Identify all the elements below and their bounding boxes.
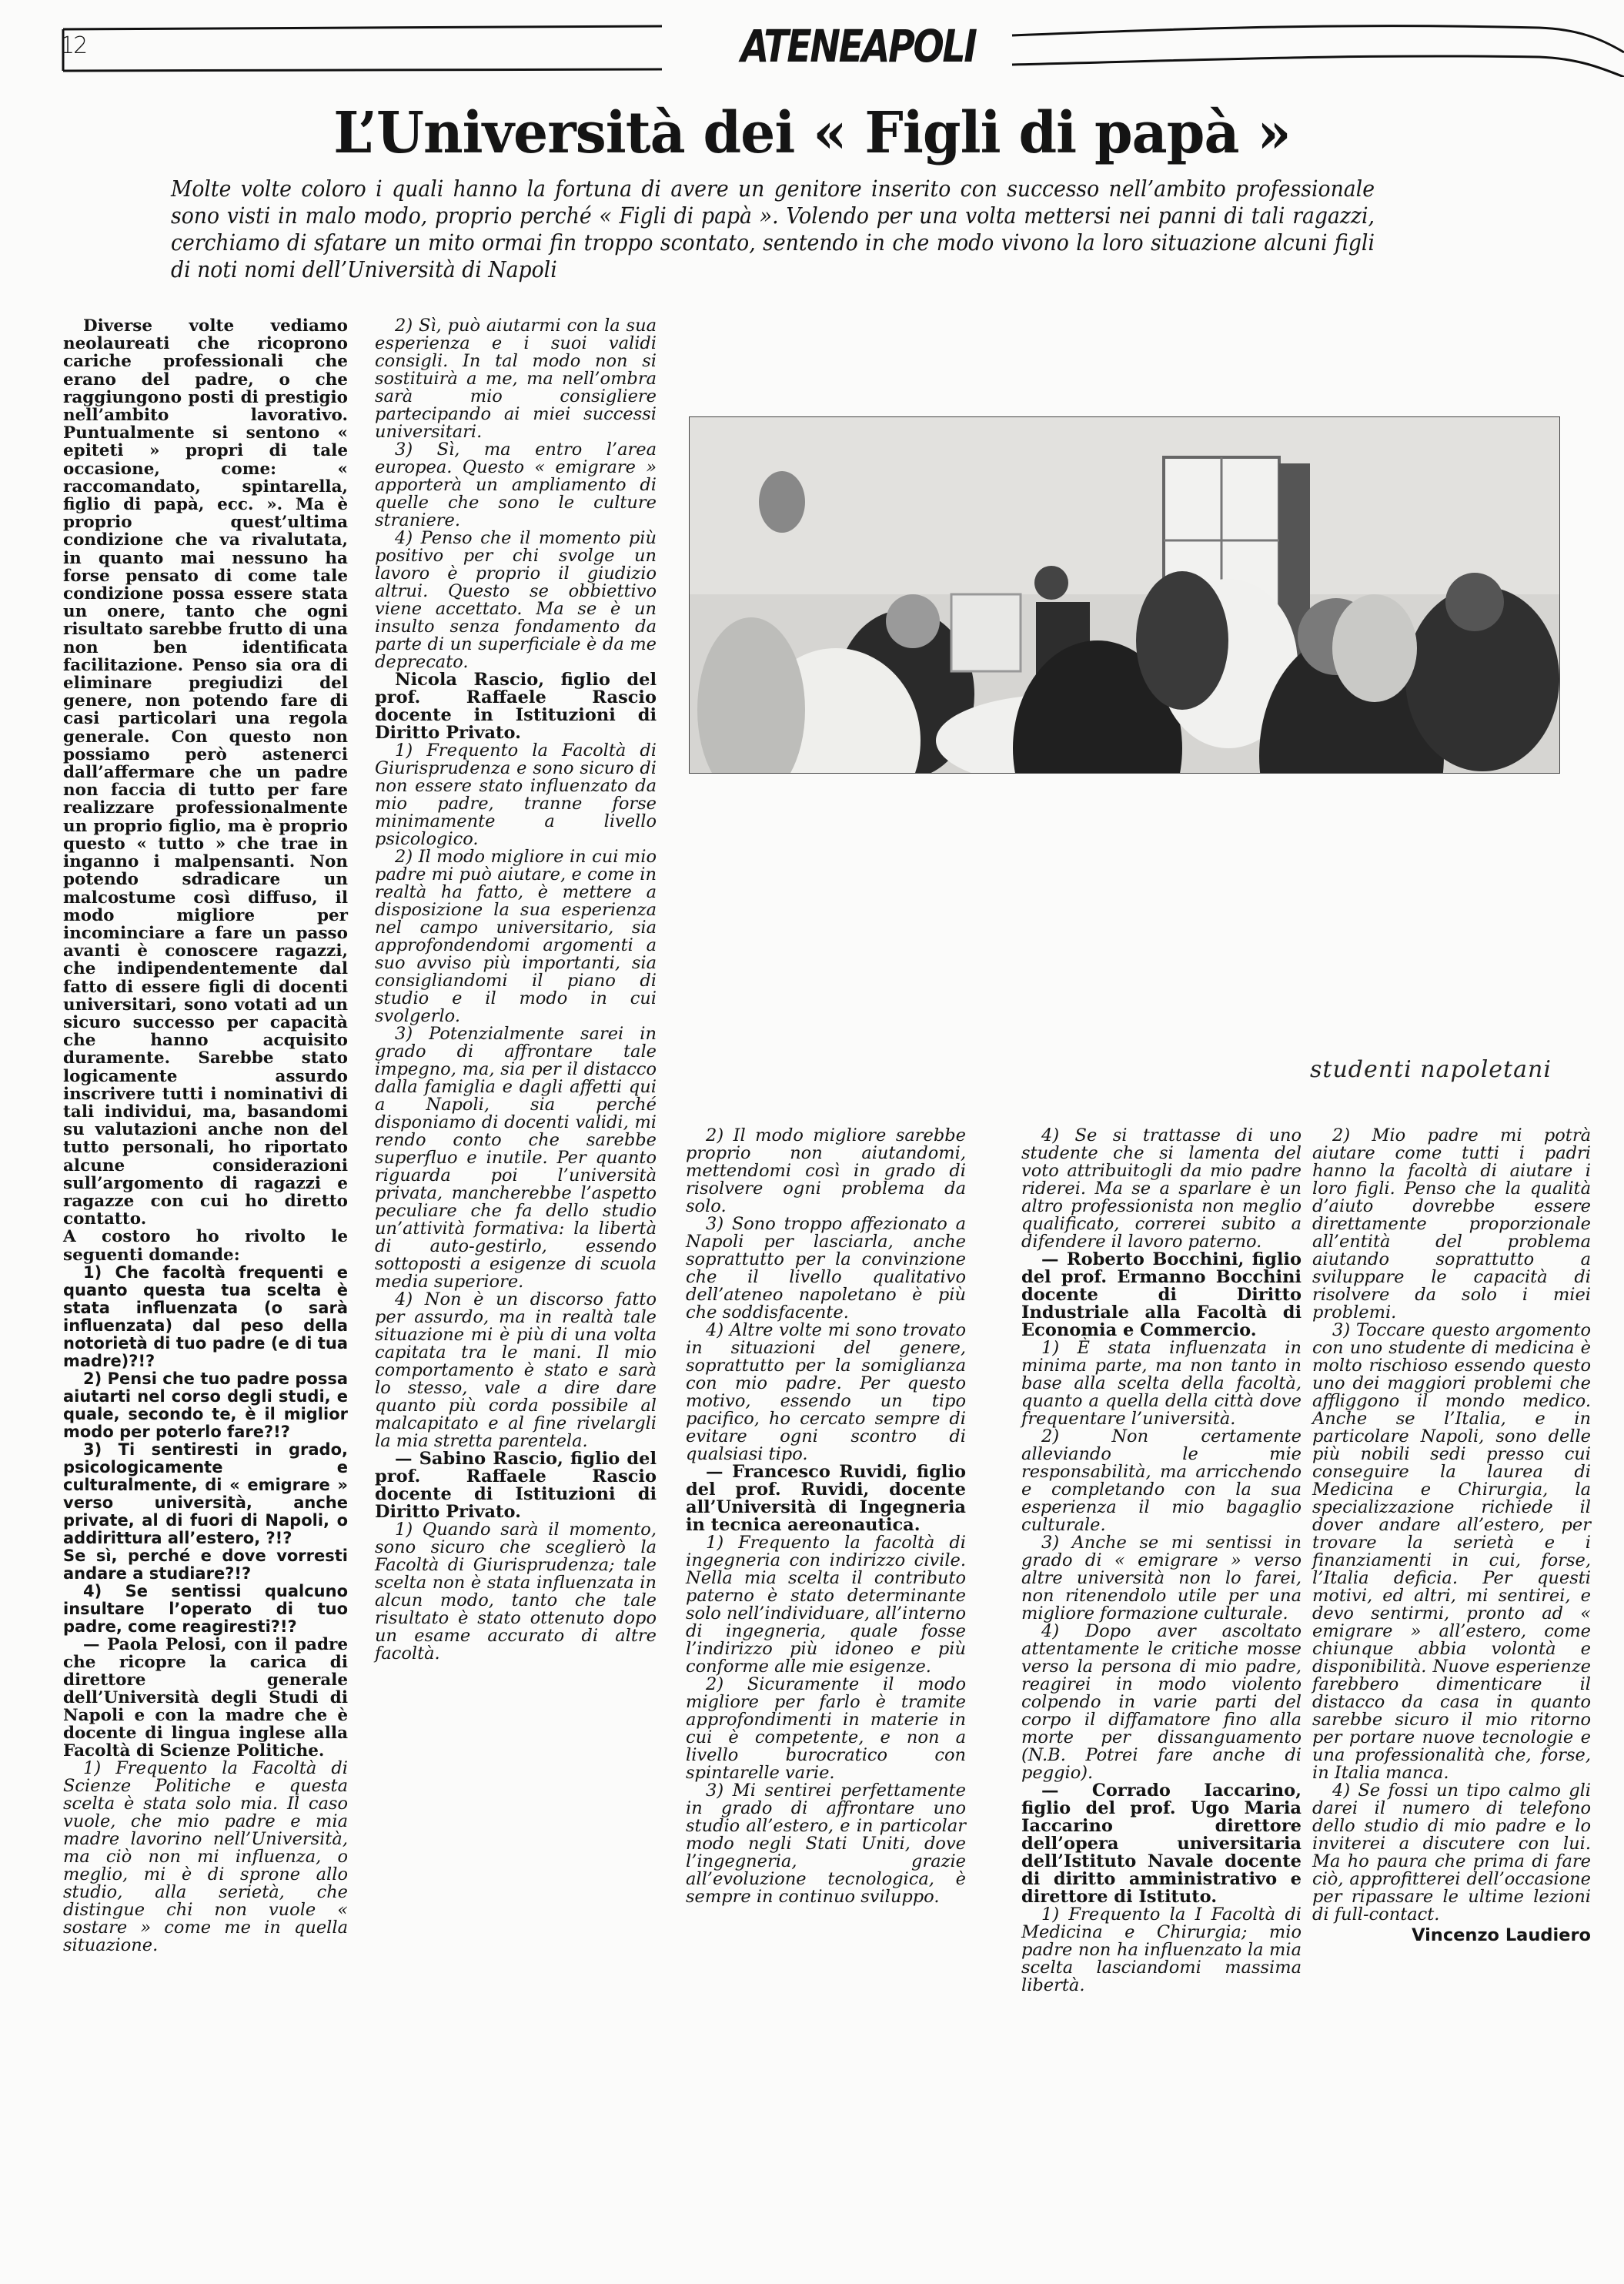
- photo-image: [689, 416, 1560, 774]
- answer: 1) Frequento la facoltà di ingegneria co…: [686, 1534, 966, 1676]
- answer: 1) Frequento la Facoltà di Giurisprudenz…: [375, 742, 657, 848]
- publication-logo: ATENEAPOLI: [726, 20, 991, 72]
- interviewee-intro: — Sabino Rascio, figlio del prof. Raffae…: [375, 1450, 657, 1521]
- question-1: 1) Che facoltà frequenti e quanto questa…: [63, 1264, 348, 1370]
- answer: 3) Potenzialmente sarei in grado di affr…: [375, 1025, 657, 1291]
- answer: 2) Non certamente alleviando le mie resp…: [1021, 1428, 1302, 1534]
- column-1: Diverse volte vediamo neolaureati che ri…: [63, 317, 348, 1955]
- answer: 3) Toccare questo argomento con uno stud…: [1312, 1322, 1591, 1782]
- questions-intro: A costoro ho rivolto le seguenti domande…: [63, 1228, 348, 1263]
- interviewee-intro: — Paola Pelosi, con il padre che ricopre…: [63, 1636, 348, 1760]
- answer: 2) Mio padre mi potrà aiutare come tutti…: [1312, 1127, 1591, 1322]
- answer: 4) Non è un discorso fatto per assurdo, …: [375, 1291, 657, 1450]
- interviewee-intro: Nicola Rascio, figlio del prof. Raffaele…: [375, 671, 657, 742]
- column-3: 2) Il modo migliore sarebbe proprio non …: [686, 1127, 966, 1906]
- answer: 3) Mi sentirei perfettamente in grado di…: [686, 1782, 966, 1906]
- answer: 4) Dopo aver ascoltato attentamente le c…: [1021, 1623, 1302, 1782]
- photo-illustration: [690, 417, 1559, 773]
- column-2: 2) Sì, può aiutarmi con la sua esperienz…: [375, 317, 657, 1663]
- answer: 2) Sicuramente il modo migliore per farl…: [686, 1676, 966, 1782]
- answer: 1) Frequento la Facoltà di Scienze Polit…: [63, 1760, 348, 1955]
- interviewee-intro: — Corrado Iaccarino, figlio del prof. Ug…: [1021, 1782, 1302, 1906]
- question-2: 2) Pensi che tuo padre possa aiutarti ne…: [63, 1370, 348, 1441]
- question-4: 4) Se sentissi qualcuno insultare l’oper…: [63, 1583, 348, 1636]
- answer: 4) Altre volte mi sono trovato in situaz…: [686, 1322, 966, 1463]
- answer: 4) Se fossi un tipo calmo gli darei il n…: [1312, 1782, 1591, 1924]
- answer: 3) Sono troppo affezionato a Napoli per …: [686, 1216, 966, 1322]
- answer: 2) Il modo migliore in cui mio padre mi …: [375, 848, 657, 1025]
- headline: L’Università dei « Figli di papà »: [32, 100, 1592, 166]
- interviewee-intro: — Francesco Ruvidi, figlio del prof. Ruv…: [686, 1463, 966, 1534]
- answer: 3) Sì, ma entro l’area europea. Questo «…: [375, 441, 657, 530]
- answer: 2) Sì, può aiutarmi con la sua esperienz…: [375, 317, 657, 441]
- photo-caption: studenti napoletani: [1310, 1056, 1552, 1083]
- intro-paragraph: Diverse volte vediamo neolaureati che ri…: [63, 317, 348, 1228]
- answer: 1) È stata influenzata in minima parte, …: [1021, 1339, 1302, 1428]
- interviewee-intro: — Roberto Bocchini, figlio del prof. Erm…: [1021, 1251, 1302, 1339]
- answer: 1) Frequento la I Facoltà di Medicina e …: [1021, 1906, 1302, 1995]
- answer: 4) Penso che il momento più positivo per…: [375, 530, 657, 671]
- standfirst: Molte volte coloro i quali hanno la fort…: [171, 176, 1375, 283]
- page-number: 12: [60, 32, 86, 59]
- answer: 4) Se si trattasse di uno studente che s…: [1021, 1127, 1302, 1251]
- column-4: 4) Se si trattasse di uno studente che s…: [1021, 1127, 1302, 1995]
- answer: 2) Il modo migliore sarebbe proprio non …: [686, 1127, 966, 1216]
- answer: 3) Anche se mi sentissi in grado di « em…: [1021, 1534, 1302, 1623]
- byline: Vincenzo Laudiero: [1312, 1927, 1591, 1945]
- answer: 1) Quando sarà il momento, sono sicuro c…: [375, 1521, 657, 1663]
- column-5: 2) Mio padre mi potrà aiutare come tutti…: [1312, 1127, 1591, 1945]
- question-3: 3) Ti sentiresti in grado, psicologicame…: [63, 1441, 348, 1583]
